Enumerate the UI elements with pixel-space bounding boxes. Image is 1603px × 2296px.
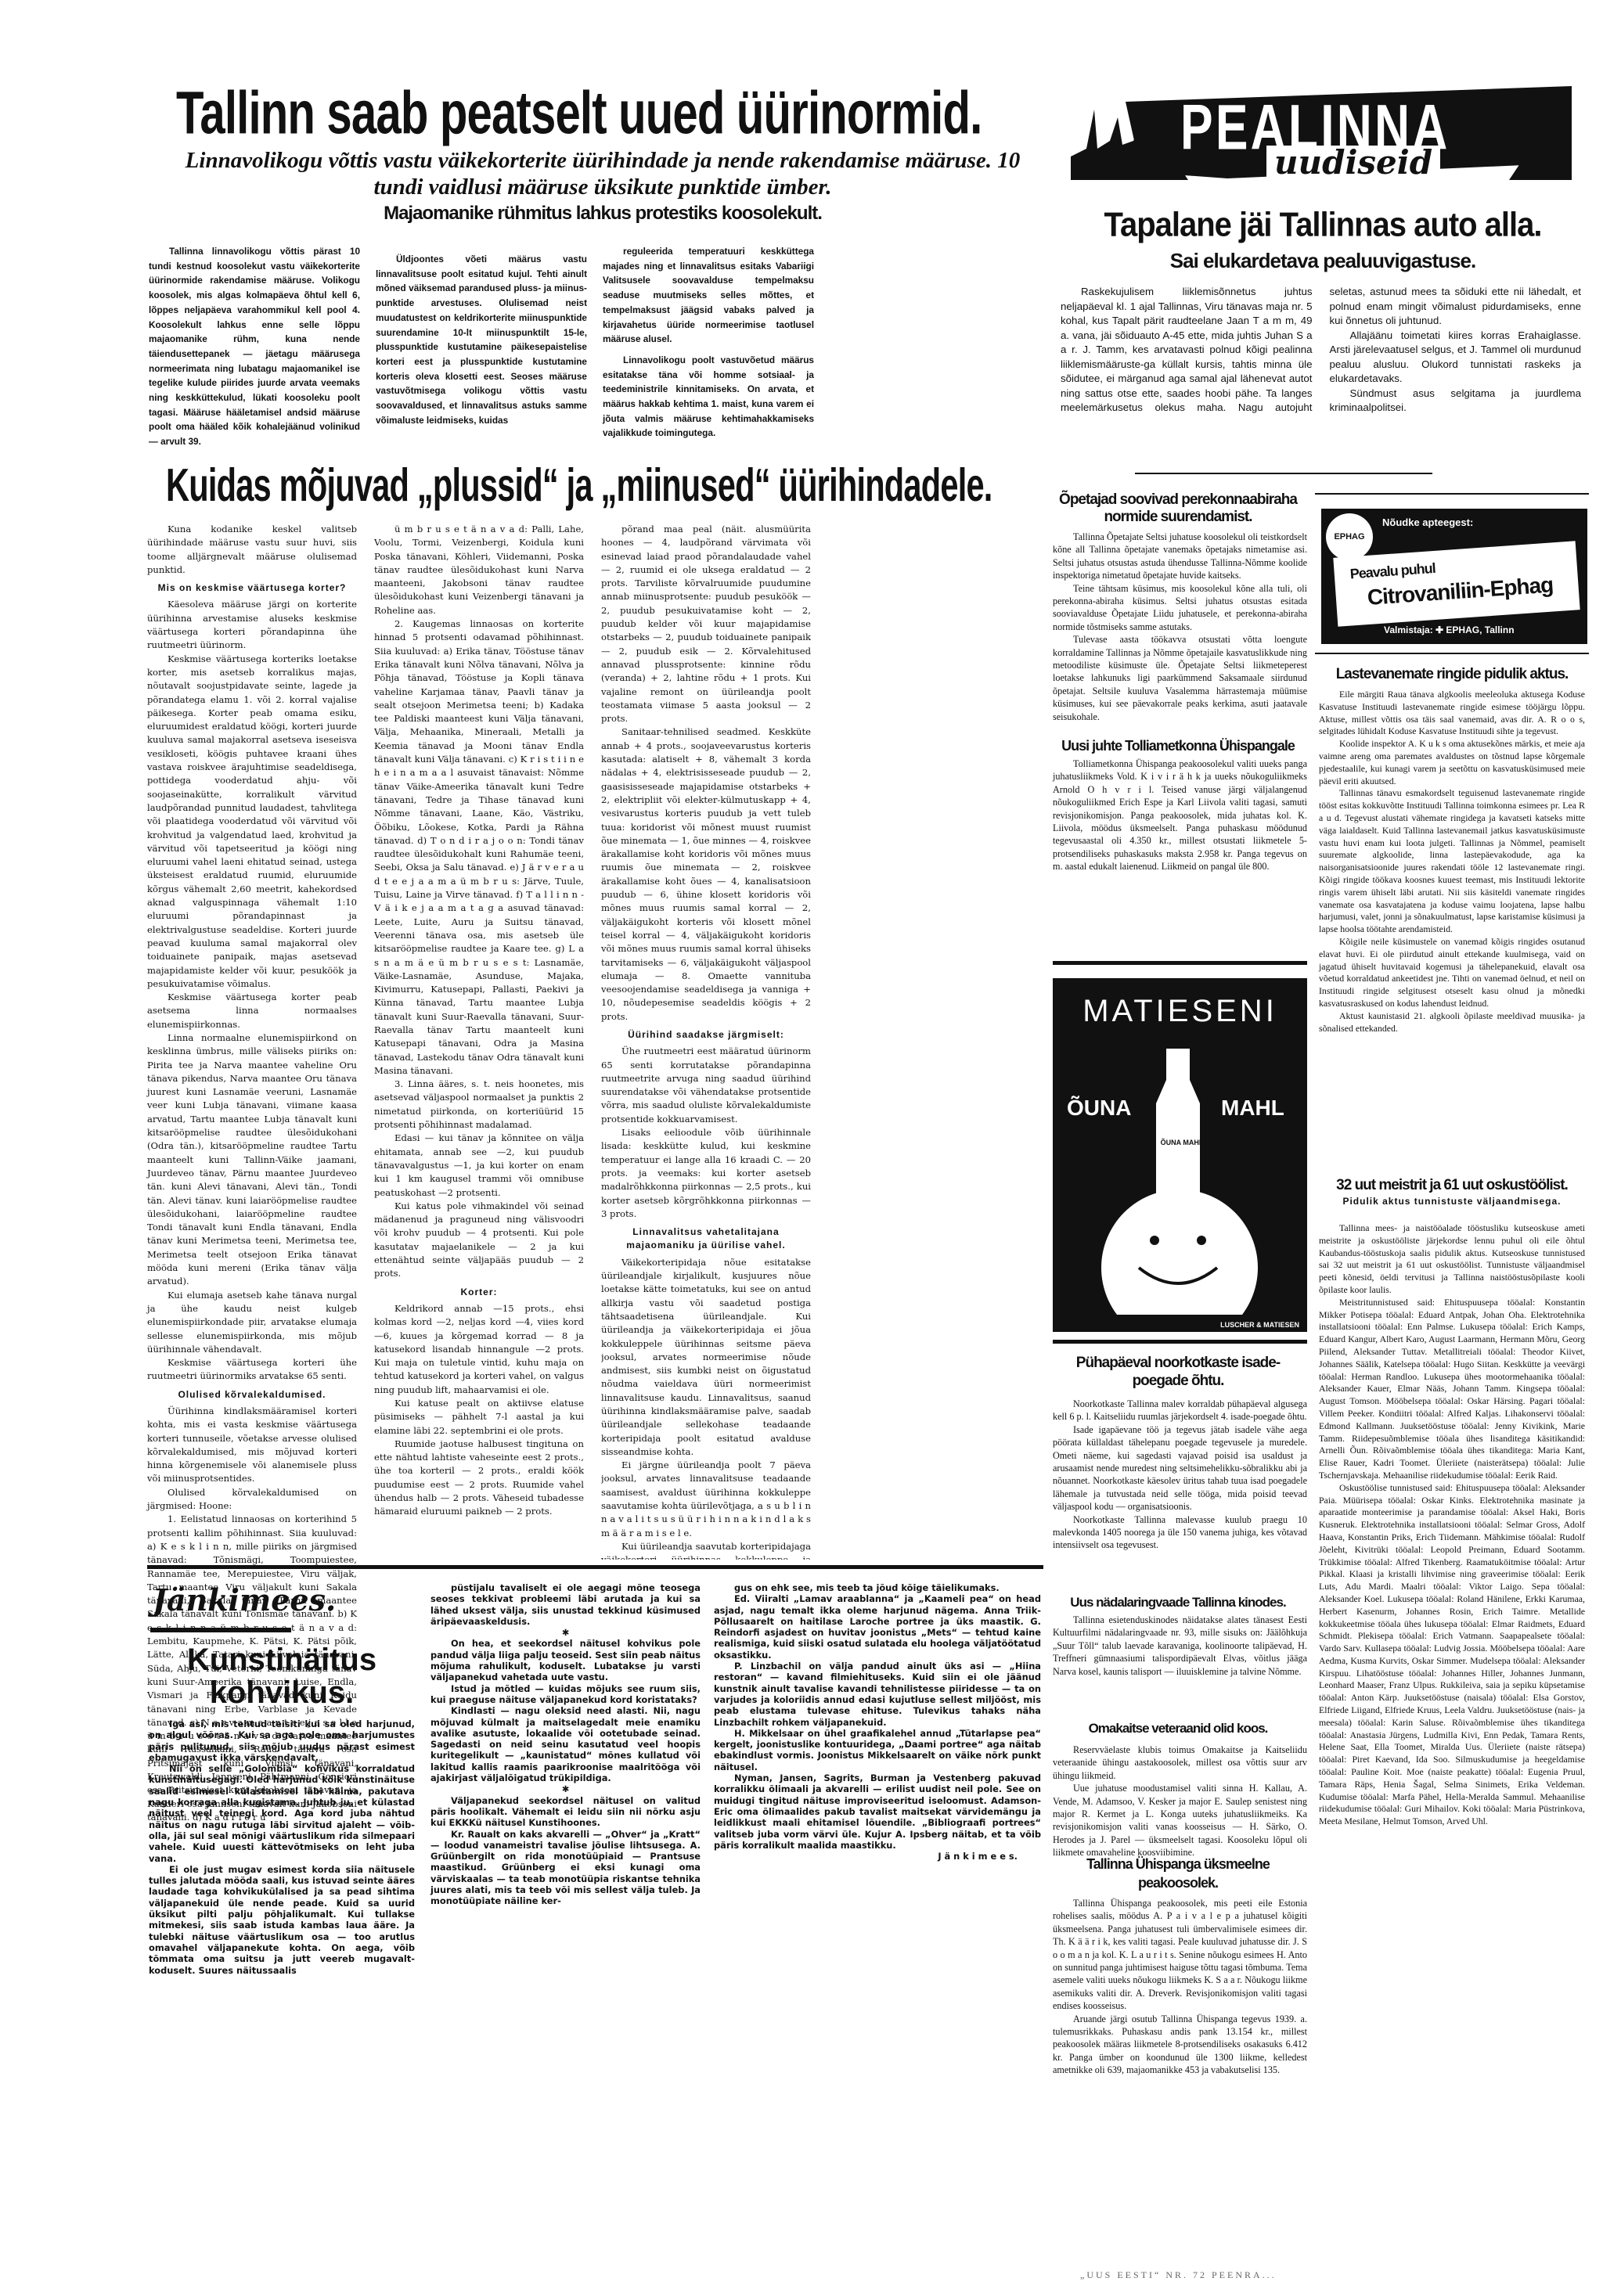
omakaitse-text: Reservväelaste klubis toimus Omakaitse j… bbox=[1053, 1744, 1307, 1859]
main-col-3: reguleerida temperatuuri keskküttega maj… bbox=[603, 244, 814, 441]
main-col-1: Tallinna linnavolikogu võttis pärast 10 … bbox=[149, 244, 360, 449]
tolliamet-text: Tolliametkonna Ühispanga peakoosolekul v… bbox=[1053, 758, 1307, 873]
uhispanga-text: Tallinna Ühispanga peakoosolek, mis peet… bbox=[1053, 1897, 1307, 2077]
section-title-4: Linnavalitsus vahetalitajana majaomaniku… bbox=[601, 1225, 811, 1253]
star-separator: ✱ bbox=[430, 1783, 701, 1794]
rent-col-3: põrand maa peal (näit. alusmüürita hoone… bbox=[601, 523, 811, 1560]
jankimees-col-1: Iga asi, mis tehtud teisiti kui sa oled … bbox=[149, 1718, 415, 1976]
main-subhead: Majaomanike rühmitus lahkus protestiks k… bbox=[266, 202, 939, 225]
jankimees-masthead: Jänkimees. bbox=[153, 1582, 336, 1618]
divider bbox=[1053, 1340, 1307, 1344]
footer-imprint: „UUS EESTI“ NR. 72 PEENRA... bbox=[1080, 2269, 1277, 2281]
star-separator: ✱ bbox=[430, 1627, 701, 1638]
divider bbox=[1315, 653, 1589, 654]
meistrid-headline: 32 uut meistrit ja 61 uut oskustöölist. bbox=[1315, 1177, 1589, 1194]
tapalane-headline: Tapalane jäi Tallinnas auto alla. bbox=[1064, 205, 1581, 245]
uhispanga-headline: Tallinna Ühispanga üksmeelne peakoosolek… bbox=[1061, 1855, 1295, 1892]
divider bbox=[1053, 961, 1307, 965]
masthead-underline bbox=[150, 1628, 291, 1632]
divider bbox=[1135, 473, 1432, 474]
opetajad-text: Tallinna Õpetajate Seltsi juhatuse kooso… bbox=[1053, 531, 1307, 723]
lastevanemate-headline: Lastevanemate ringide pidulik aktus. bbox=[1315, 665, 1589, 684]
jankimees-headline: Kunstinäitus kohvikus. bbox=[149, 1643, 415, 1709]
section-title-3: Üürihind saadakse järgmiselt: bbox=[601, 1028, 811, 1042]
meistrid-text: Tallinna mees- ja naistööalade tööstusli… bbox=[1319, 1222, 1585, 1828]
ephag-ad: EPHAG Nõudke apteegest: Peavalu puhul Ci… bbox=[1321, 509, 1587, 644]
divider bbox=[1315, 493, 1589, 495]
ephag-white-panel: Peavalu puhul Citrovaniliin-Ephag bbox=[1333, 541, 1580, 626]
jankimees-signature: J ä n k i m e e s. bbox=[714, 1851, 1018, 1862]
matieseni-brand: MATIESENI bbox=[1053, 994, 1307, 1029]
noorkotkaste-text: Noorkotkaste Tallinna malev korraldab pü… bbox=[1053, 1398, 1307, 1552]
ephag-logo: EPHAG bbox=[1326, 513, 1373, 560]
ephag-top-label: Nõudke apteegest: bbox=[1382, 516, 1473, 528]
second-headline: Kuidas mõjuvad „plussid“ ja „miinused“ ü… bbox=[166, 459, 992, 513]
bottle-globe-illustration bbox=[1100, 1049, 1260, 1315]
bottle-text: ÕUNA MAHL bbox=[1158, 1139, 1205, 1146]
kinod-text: Tallinna esietenduskinodes näidatakse al… bbox=[1053, 1614, 1307, 1678]
tapalane-subhead: Sai elukardetava pealuuvigastuse. bbox=[1064, 249, 1581, 272]
matieseni-ad: MATIESENI ÕUNA MAHL ÕUNA MAHL LUSCHER & … bbox=[1053, 978, 1307, 1332]
main-col-2: Üldjoontes võeti määrus vastu linnavalit… bbox=[376, 252, 587, 427]
jankimees-col-3: gus on ehk see, mis teeb ta jõud kõige t… bbox=[714, 1582, 1041, 1862]
kinod-headline: Uus nädalaringvaade Tallinna kinodes. bbox=[1049, 1594, 1307, 1611]
tolliamet-headline: Uusi juhte Tolliametkonna Ühispangale bbox=[1049, 737, 1307, 754]
jankimees-col-2: püstijalu tavaliselt ei ole aegagi mõne … bbox=[430, 1582, 701, 1907]
omakaitse-headline: Omakaitse veteraanid olid koos. bbox=[1049, 1720, 1307, 1737]
ephag-line1: Peavalu puhul bbox=[1349, 560, 1435, 583]
main-headline: Tallinn saab peatselt uued üürinormid. bbox=[176, 78, 982, 147]
section-title-2: Olulised kõrvalekaldumised. bbox=[147, 1388, 357, 1402]
section-title-1: Mis on keskmise väärtusega korter? bbox=[147, 581, 357, 595]
lastevanemate-text: Eile märgiti Raua tänava algkoolis meele… bbox=[1319, 689, 1585, 1035]
rent-col-2: ü m b r u s e t ä n a v a d: Palli, Lahe… bbox=[374, 523, 584, 1560]
tapalane-text: Raskekujulisem liiklemisõnnetus juhtus n… bbox=[1061, 285, 1581, 449]
uudiseid-script: uudiseid bbox=[1266, 146, 1440, 180]
section-divider bbox=[147, 1565, 1043, 1569]
main-deck: Linnavolikogu võttis vastu väikekorterit… bbox=[172, 147, 1033, 200]
pealinna-banner: PEALINNA uudiseid bbox=[1071, 86, 1587, 180]
matieseni-maker: LUSCHER & MATIESEN bbox=[1220, 1321, 1299, 1329]
ephag-maker: Valmistaja: ✚ EPHAG, Tallinn bbox=[1384, 624, 1515, 635]
noorkotkaste-headline: Pühapäeval noorkotkaste isade-poegade õh… bbox=[1049, 1354, 1307, 1390]
opetajad-headline: Õpetajad soovivad perekonnaabiraha normi… bbox=[1049, 491, 1307, 526]
meistrid-subhead: Pidulik aktus tunnistuste väljaandmisega… bbox=[1331, 1196, 1573, 1207]
